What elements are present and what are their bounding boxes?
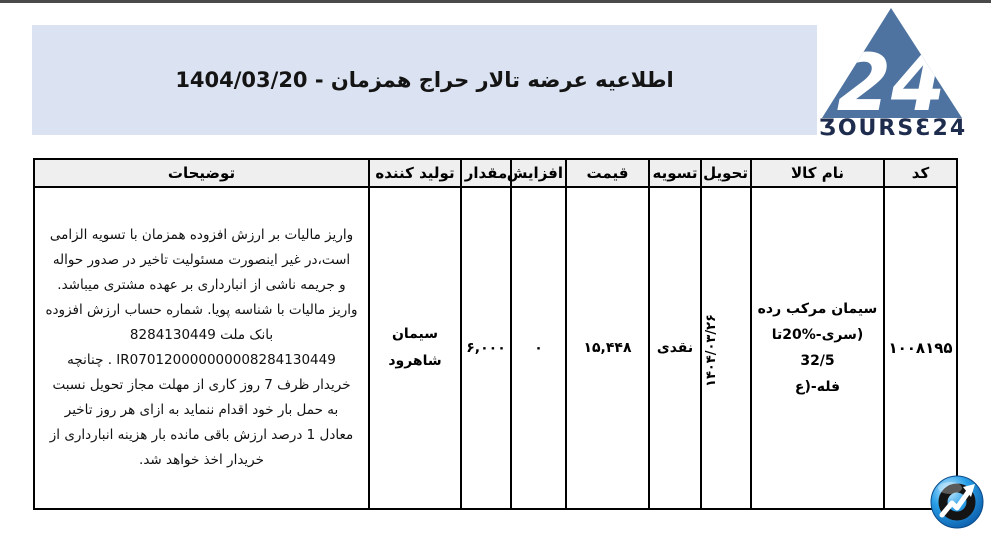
cell-code: ۱۰۰۸۱۹۵ — [884, 187, 957, 509]
col-header-code: کد — [884, 159, 957, 187]
logo-brand-text: ƷOURSƐ24 — [818, 116, 968, 141]
auction-table: کد نام کالا تحویل تسویه قیمت افزایش مقدا… — [33, 158, 958, 510]
col-header-delivery: تحویل — [701, 159, 751, 187]
header-band: اطلاعیه عرضه تالار حراج همزمان - 1404/03… — [32, 25, 817, 135]
cell-producer: سیمان شاهرود — [369, 187, 461, 509]
col-header-product-name: نام کالا — [751, 159, 884, 187]
col-header-notes: توضیحات — [34, 159, 369, 187]
page-title: اطلاعیه عرضه تالار حراج همزمان - 1404/03… — [175, 68, 673, 92]
announcement-page: { "header": { "title": "اطلاعیه عرضه تال… — [0, 0, 991, 536]
table-header-row: کد نام کالا تحویل تسویه قیمت افزایش مقدا… — [34, 159, 957, 187]
col-header-increase: افزایش — [511, 159, 566, 187]
col-header-producer: تولید کننده — [369, 159, 461, 187]
cell-product-name: سیمان مرکب رده تا20%-سری) 32/5 ع)-فله — [751, 187, 884, 509]
col-header-quantity: مقدار — [461, 159, 511, 187]
bourse24-logo: 24 ƷOURSƐ24 — [818, 6, 968, 148]
chart-arrow-watermark-icon — [929, 474, 985, 530]
table-row: ۱۰۰۸۱۹۵ سیمان مرکب رده تا20%-سری) 32/5 ع… — [34, 187, 957, 509]
cell-notes: واریز مالیات بر ارزش افزوده همزمان با تس… — [34, 187, 369, 509]
col-header-settlement: تسویه — [649, 159, 701, 187]
cell-delivery-date: ۱۴۰۴/۰۳/۲۶ — [701, 187, 751, 509]
cell-increase: ۰ — [511, 187, 566, 509]
logo-triangle-icon: 24 — [818, 6, 968, 124]
col-header-price: قیمت — [566, 159, 649, 187]
svg-text:24: 24 — [837, 39, 946, 124]
cell-quantity: ۶,۰۰۰ — [461, 187, 511, 509]
cell-price: ۱۵,۴۴۸ — [566, 187, 649, 509]
notes-paragraph: واریز مالیات بر ارزش افزوده همزمان با تس… — [37, 223, 366, 473]
top-divider-bar — [0, 0, 991, 3]
